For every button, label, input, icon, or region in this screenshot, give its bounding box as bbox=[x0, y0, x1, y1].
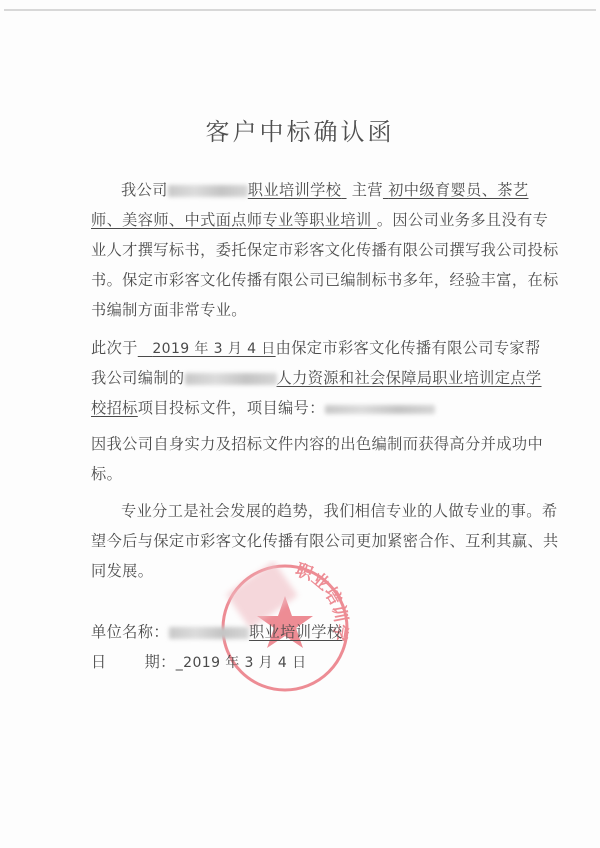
paragraph2-line2: 我公司编制的人力资源和社会保障局职业培训定点学 bbox=[91, 368, 542, 388]
paragraph3-line2: 望今后与保定市彩客文化传播有限公司更加紧密合作、互利其赢、共 bbox=[91, 531, 559, 551]
paragraph2-line4: 因我公司自身实力及招标文件内容的出色编制而获得高分并成功中 bbox=[91, 434, 543, 454]
business-scope: 初中级育婴员、茶艺 bbox=[383, 181, 529, 199]
paragraph1-line3: 业人才撰写标书，委托保定市彩客文化传播有限公司撰写我公司投标 bbox=[91, 240, 559, 260]
paragraph3-line1: 专业分工是社会发展的趋势，我们相信专业的人做专业的事。希 bbox=[121, 501, 557, 521]
sign-date: _2019 年 3 月 4 日 bbox=[176, 655, 307, 671]
paragraph2-line1: 此次于 2019 年 3 月 4 日由保定市彩客文化传播有限公司专家帮 bbox=[91, 338, 541, 359]
page-title: 客户中标确认函 bbox=[0, 112, 600, 147]
unit-name: 职业培训学校 bbox=[249, 623, 343, 641]
business-scope-cont: 师、美容师、中式面点师专业等职业培训 bbox=[91, 211, 372, 229]
company-name: 职业培训学校 bbox=[168, 181, 347, 199]
redacted-company bbox=[168, 185, 248, 197]
paragraph1-line5: 书编制方面非常专业。 bbox=[91, 300, 247, 320]
paragraph1-line4: 书。保定市彩客文化传播有限公司已编制标书多年，经验丰富，在标 bbox=[91, 270, 559, 290]
text: 我公司 bbox=[121, 181, 168, 199]
paragraph1-line1: 我公司职业培训学校 主营 初中级育婴员、茶艺 bbox=[121, 180, 528, 200]
redacted-unit bbox=[169, 627, 249, 639]
date-line: 日期：_2019 年 3 月 4 日 bbox=[91, 652, 306, 673]
redacted-bureau bbox=[185, 373, 277, 385]
paragraph2-line5: 标。 bbox=[91, 464, 122, 484]
project-name: 人力资源和社会保障局职业培训定点学 bbox=[277, 369, 542, 387]
paragraph2-line3: 校招标项目投标文件，项目编号： bbox=[91, 398, 435, 418]
scan-edge-line bbox=[4, 9, 596, 11]
paragraph3-line3: 同发展。 bbox=[91, 561, 153, 581]
redacted-project-number bbox=[325, 405, 435, 414]
award-date: 2019 年 3 月 4 日 bbox=[138, 341, 276, 357]
project-name-cont: 校招标 bbox=[91, 399, 138, 417]
paragraph1-line2: 师、美容师、中式面点师专业等职业培训 。因公司业务多且没有专 bbox=[91, 210, 548, 230]
unit-name-line: 单位名称：职业培训学校 bbox=[91, 622, 342, 642]
